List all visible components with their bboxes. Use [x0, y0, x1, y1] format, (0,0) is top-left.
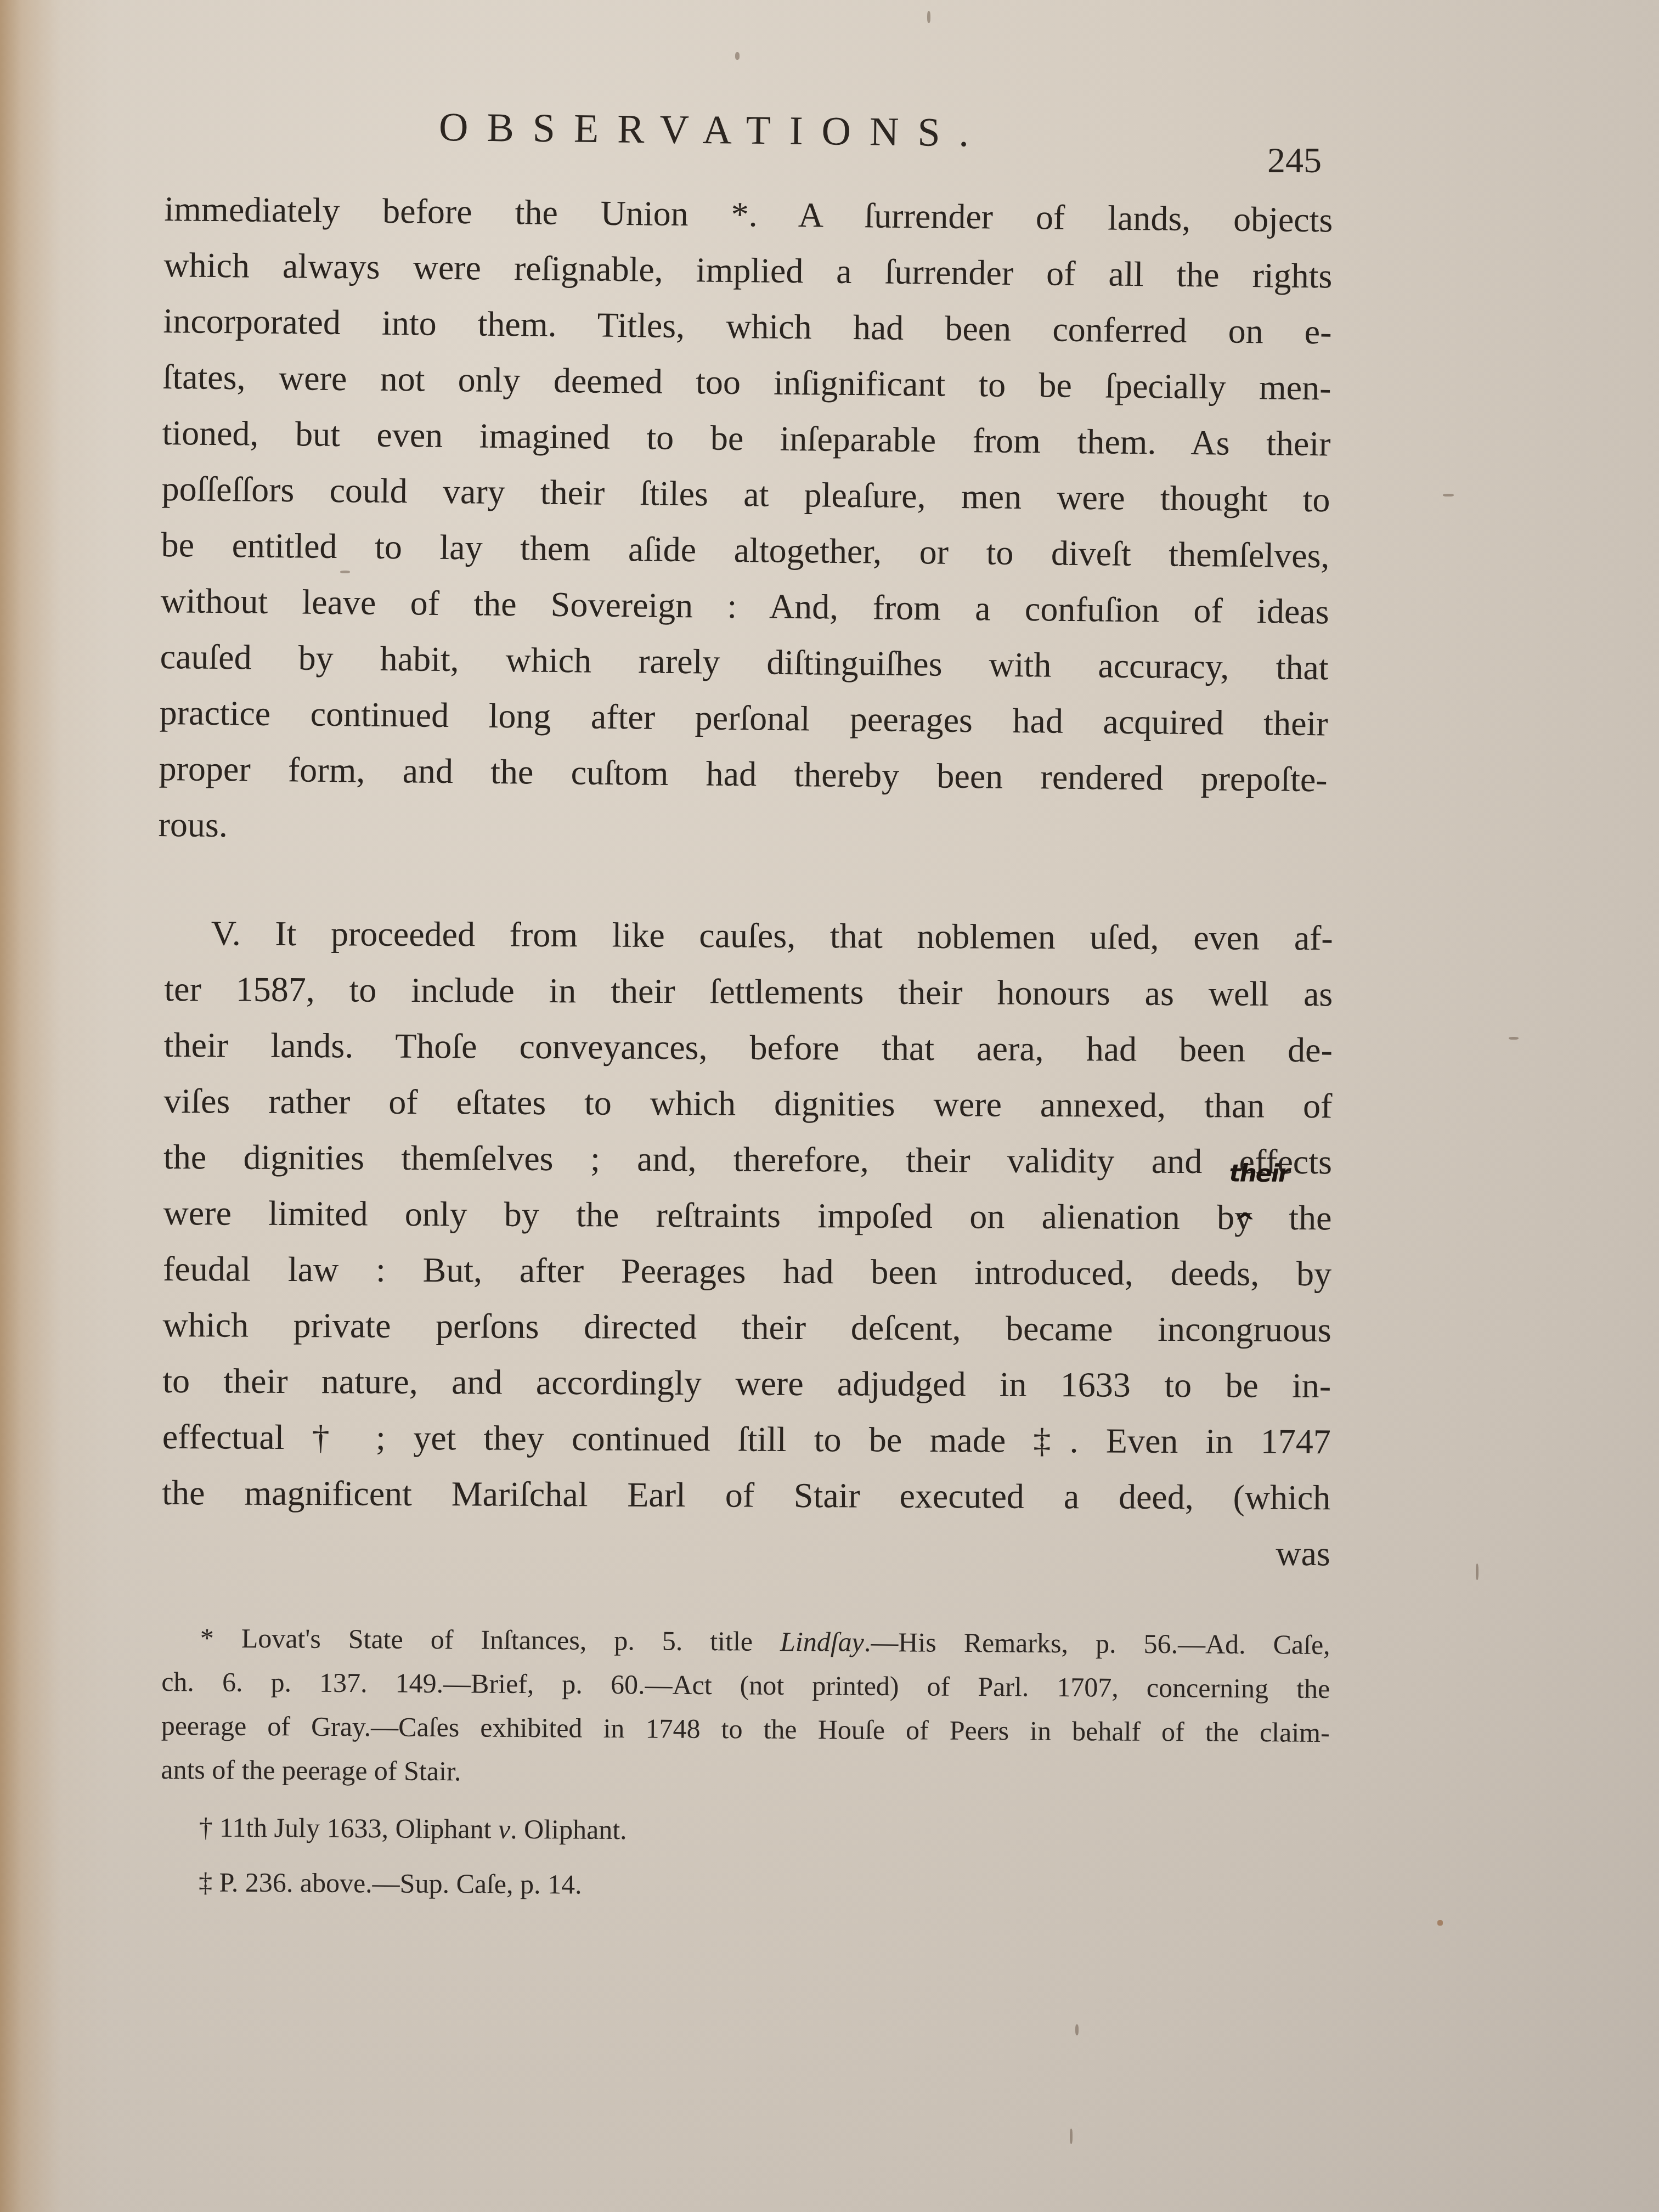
text-line: immediately before the Union *. A ſurren… [164, 181, 1333, 248]
footnote-star-line: peerage of Gray.—Caſes exhibited in 1748… [161, 1703, 1330, 1754]
italic-title: Lindſay [780, 1626, 864, 1657]
running-head: OBSERVATIONS. [439, 104, 988, 156]
paper-speck [1476, 1564, 1479, 1580]
text-line: proper form, and the cuſtom had thereby … [159, 741, 1328, 808]
caret-mark-icon: ^ [1234, 1194, 1256, 1250]
text-line: rous. [158, 797, 1327, 864]
book-page: OBSERVATIONS. 245 immediately before the… [0, 0, 1659, 2212]
text-segment: .—His Remarks, p. 56.—Ad. Caſe, [864, 1627, 1330, 1660]
footnotes: * Lovat's State of Inſtances, p. 5. titl… [160, 1616, 1330, 1922]
text-line: V. It proceeded from like cauſes, that n… [165, 905, 1333, 966]
text-line: feudal law : But, after Peerages had bee… [163, 1241, 1331, 1302]
page-number: 245 [1267, 140, 1322, 182]
text-line-annotated: the dignities themſelves ; and, therefor… [163, 1129, 1332, 1190]
footnote-star-line: ants of the peerage of Stair. [161, 1747, 1329, 1798]
text-line: which private perſons directed their deſ… [162, 1297, 1331, 1358]
italic-versus: v [498, 1814, 511, 1844]
text-segment: the dignities themſelves ; and, therefor… [163, 1137, 1203, 1181]
text-segment: 11th July 1633, Oliphant [212, 1812, 498, 1844]
text-line: the magnificent Mariſchal Earl of Stair … [162, 1465, 1330, 1526]
paper-speck [1070, 2129, 1073, 2144]
text-line: were limited only by the reſtraints impo… [163, 1185, 1331, 1246]
double-dagger-mark-icon: ‡ [199, 1866, 212, 1897]
text-segment: P. 236. above.—Sup. Caſe, p. 14. [212, 1867, 582, 1900]
footnote-dagger: † 11th July 1633, Oliphant v. Oliphant. [160, 1805, 1329, 1867]
text-line: ſtates, were not only deemed too inſigni… [162, 349, 1331, 416]
text-line: effectual † ; yet they continued ſtill t… [162, 1409, 1331, 1470]
text-line: their lands. Thoſe conveyances, before t… [164, 1017, 1333, 1078]
paper-speck [735, 52, 740, 60]
paper-speck [1509, 1037, 1519, 1040]
text-segment: . Oliphant. [510, 1814, 627, 1845]
paragraph-section-v: V. It proceeded from like cauſes, that n… [162, 905, 1333, 1582]
paper-speck [1443, 494, 1454, 496]
text-line: to their nature, and accordingly were ad… [162, 1353, 1331, 1414]
text-line: ter 1587, to include in their ſettlement… [164, 961, 1333, 1022]
dagger-mark-icon: † [199, 1812, 212, 1842]
footnote-star-line: * Lovat's State of Inſtances, p. 5. titl… [162, 1616, 1330, 1667]
footnote-double-dagger: ‡ P. 236. above.—Sup. Caſe, p. 14. [160, 1860, 1329, 1922]
paper-speck [927, 11, 930, 23]
paper-speck [1075, 2024, 1079, 2035]
paper-speck [1437, 1920, 1443, 1926]
text-segment: * Lovat's State of Inſtances, p. 5. titl… [200, 1622, 781, 1656]
catchword: was [162, 1521, 1330, 1582]
text-line: viſes rather of eſtates to which digniti… [163, 1073, 1332, 1134]
paragraph-continued: immediately before the Union *. A ſurren… [158, 181, 1333, 864]
footnote-star-line: ch. 6. p. 137. 149.—Brief, p. 60.—Act (n… [161, 1660, 1330, 1711]
